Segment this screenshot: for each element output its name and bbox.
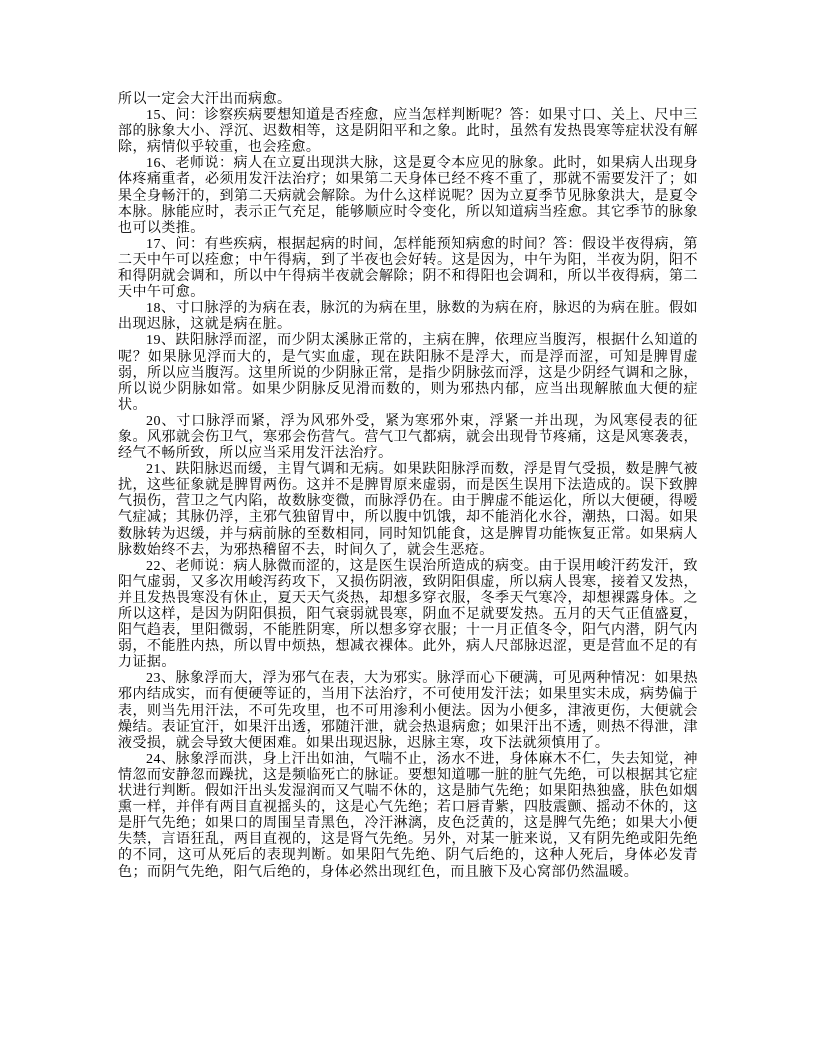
- paragraph-item-20: 20、寸口脉浮而紧，浮为风邪外受，紧为寒邪外束，浮紧一并出现，为风寒侵表的征象。…: [118, 414, 698, 462]
- paragraph-item-18: 18、寸口脉浮的为病在表，脉沉的为病在里，脉数的为病在府，脉迟的为病在脏。假如出…: [118, 301, 698, 333]
- paragraph-item-19: 19、趺阳脉浮而涩，而少阴太溪脉正常的，主病在脾，依理应当腹泻，根据什么知道的呢…: [118, 333, 698, 413]
- paragraph-item-22: 22、老师说：病人脉微而涩的，这是医生误治所造成的病变。由于误用峻汗药发汗，致阳…: [118, 559, 698, 672]
- paragraph-item-17: 17、问：有些疾病，根据起病的时间，怎样能预知病愈的时间？答：假设半夜得病，第二…: [118, 237, 698, 301]
- document-page: 所以一定会大汗出而病愈。 15、问：诊察疾病要想知道是否痊愈，应当怎样判断呢？答…: [0, 0, 816, 1056]
- paragraph-item-21: 21、趺阳脉迟而缓，主胃气调和无病。如果趺阳脉浮而数，浮是胃气受损，数是脾气被扰…: [118, 462, 698, 559]
- paragraph-continuation: 所以一定会大汗出而病愈。: [118, 92, 698, 108]
- paragraph-item-24: 24、脉象浮而洪，身上汗出如油，气喘不止，汤水不进，身体麻木不仁，失去知觉，神情…: [118, 752, 698, 881]
- paragraph-item-23: 23、脉象浮而大，浮为邪气在表，大为邪实。脉浮而心下硬满，可见两种情况：如果热邪…: [118, 671, 698, 751]
- paragraph-item-15: 15、问：诊察疾病要想知道是否痊愈，应当怎样判断呢？答：如果寸口、关上、尺中三部…: [118, 108, 698, 156]
- paragraph-item-16: 16、老师说：病人在立夏出现洪大脉，这是夏令本应见的脉象。此时，如果病人出现身体…: [118, 156, 698, 236]
- document-text-block: 所以一定会大汗出而病愈。 15、问：诊察疾病要想知道是否痊愈，应当怎样判断呢？答…: [118, 92, 698, 881]
